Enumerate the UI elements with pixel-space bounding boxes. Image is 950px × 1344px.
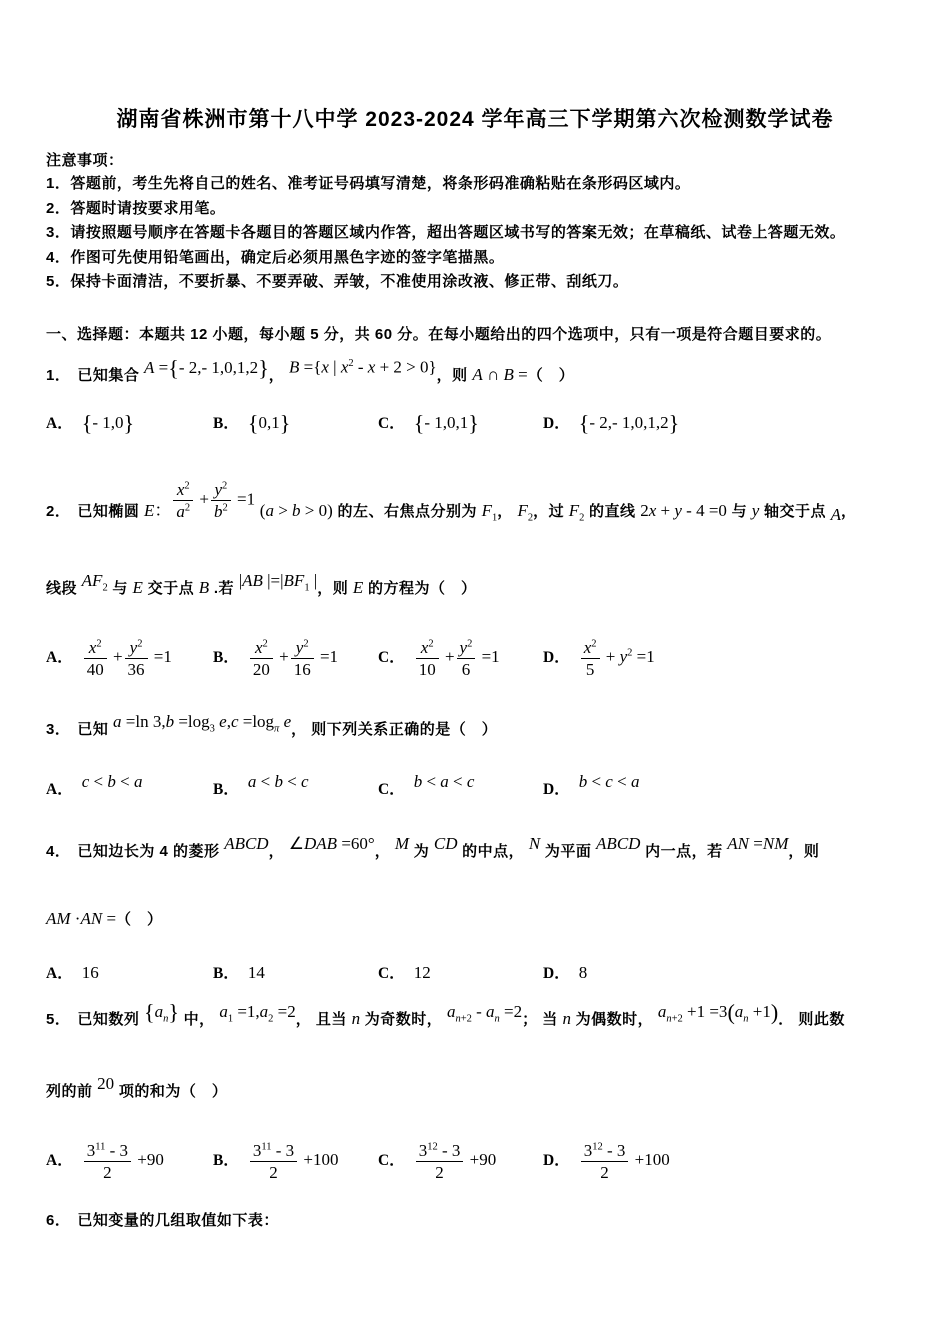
question-5: 5．已知数列 {an} 中， a1 =1,a2 =2， 且当 n 为奇数时， a… xyxy=(46,1006,914,1039)
section-heading: 一、选择题：本题共 12 小题，每小题 5 分，共 60 分。在每小题给出的四个… xyxy=(46,322,914,348)
question-4-body-line2: AM ·AN =（ ） xyxy=(46,911,163,928)
question-3: 3．已知 a =ln 3,b =log3 e,c =logπ e， 则下列关系正… xyxy=(46,716,914,749)
option-c: C．312 - 32 +90 xyxy=(378,1141,543,1182)
page-title: 湖南省株洲市第十八中学 2023-2024 学年高三下学期第六次检测数学试卷 xyxy=(0,103,950,133)
notice-item-5: 5．保持卡面清洁，不要折暴、不要弄破、弄皱，不准使用涂改液、修正带、刮纸刀。 xyxy=(46,270,914,295)
option-a: A．x240 +y236 =1 xyxy=(46,638,213,679)
question-2: 2．已知椭圆 E：x2a2 +y2b2 =1 (a > b > 0) 的左、右焦… xyxy=(46,492,914,533)
question-2-number: 2． xyxy=(46,503,70,520)
option-d: D．{- 2,- 1,0,1,2} xyxy=(543,411,914,437)
question-5-line2: 列的前 20 项的和为（ ） xyxy=(46,1078,914,1105)
question-6-body: 已知变量的几组取值如下表： xyxy=(77,1212,279,1229)
option-a: A．16 xyxy=(46,961,213,983)
question-1-number: 1． xyxy=(46,367,70,384)
option-b: B．311 - 32 +100 xyxy=(213,1141,378,1182)
question-2-body-line2: 线段 AF2 与 E 交于点 B .若 |AB |=|BF1 |，则 E 的方程… xyxy=(46,580,476,597)
question-3-body: 已知 a =ln 3,b =log3 e,c =logπ e， 则下列关系正确的… xyxy=(77,721,497,738)
option-b: B．a < b < c xyxy=(213,777,378,799)
question-5-body-line2: 列的前 20 项的和为（ ） xyxy=(46,1083,227,1100)
option-c: C．12 xyxy=(378,961,543,983)
question-5-body-line1: 已知数列 {an} 中， a1 =1,a2 =2， 且当 n 为奇数时， an+… xyxy=(77,1011,845,1028)
option-a: A．c < b < a xyxy=(46,777,213,799)
question-5-number: 5． xyxy=(46,1011,70,1028)
exam-paper-page: 湖南省株洲市第十八中学 2023-2024 学年高三下学期第六次检测数学试卷 注… xyxy=(0,0,950,1344)
notice-item-3: 3．请按照题号顺序在答题卡各题目的答题区域内作答，超出答题区域书写的答案无效；在… xyxy=(46,221,914,246)
notice-list: 1．答题前，考生先将自己的姓名、准考证号码填写清楚，将条形码准确粘贴在条形码区域… xyxy=(46,172,914,295)
option-b: B．{0,1} xyxy=(213,411,378,437)
question-3-number: 3． xyxy=(46,721,70,738)
question-4-body-line1: 已知边长为 4 的菱形 ABCD， ∠DAB =60°， M 为 CD 的中点，… xyxy=(77,843,819,860)
question-6-number: 6． xyxy=(46,1212,70,1229)
question-5-options: A．311 - 32 +90 B．311 - 32 +100 C．312 - 3… xyxy=(46,1141,914,1171)
option-d: D．b < c < a xyxy=(543,777,914,799)
question-2-line2: 线段 AF2 与 E 交于点 B .若 |AB |=|BF1 |，则 E 的方程… xyxy=(46,575,914,608)
question-1-options: A．{- 1,0} B．{0,1} C．{- 1,0,1} D．{- 2,- 1… xyxy=(46,409,914,439)
notice-item-1: 1．答题前，考生先将自己的姓名、准考证号码填写清楚，将条形码准确粘贴在条形码区域… xyxy=(46,172,914,197)
notice-heading: 注意事项： xyxy=(46,148,914,174)
question-2-body-line1: 已知椭圆 E：x2a2 +y2b2 =1 (a > b > 0) 的左、右焦点分… xyxy=(77,503,856,520)
option-c: C．{- 1,0,1} xyxy=(378,411,543,437)
option-d: D．x25 + y2 =1 xyxy=(543,638,914,679)
question-4-line2: AM ·AN =（ ） xyxy=(46,906,914,933)
question-4-number: 4． xyxy=(46,843,70,860)
question-1-body: 已知集合 A ={- 2,- 1,0,1,2}， B ={x | x2 - x … xyxy=(77,367,574,384)
question-2-options: A．x240 +y236 =1 B．x220 +y216 =1 C．x210 +… xyxy=(46,638,914,668)
option-b: B．x220 +y216 =1 xyxy=(213,638,378,679)
option-d: D．8 xyxy=(543,961,914,983)
question-4-options: A．16 B．14 C．12 D．8 xyxy=(46,957,914,987)
option-c: C．x210 +y26 =1 xyxy=(378,638,543,679)
option-a: A．311 - 32 +90 xyxy=(46,1141,213,1182)
option-a: A．{- 1,0} xyxy=(46,411,213,437)
question-4: 4．已知边长为 4 的菱形 ABCD， ∠DAB =60°， M 为 CD 的中… xyxy=(46,838,914,865)
notice-item-4: 4．作图可先使用铅笔画出，确定后必须用黑色字迹的签字笔描黑。 xyxy=(46,246,914,271)
option-c: C．b < a < c xyxy=(378,777,543,799)
option-b: B．14 xyxy=(213,961,378,983)
notice-item-2: 2．答题时请按要求用笔。 xyxy=(46,197,914,222)
question-3-options: A．c < b < a B．a < b < c C．b < a < c D．b … xyxy=(46,773,914,803)
option-d: D．312 - 32 +100 xyxy=(543,1141,914,1182)
question-1: 1．已知集合 A ={- 2,- 1,0,1,2}， B ={x | x2 - … xyxy=(46,358,914,389)
question-6: 6．已知变量的几组取值如下表： xyxy=(46,1208,914,1234)
